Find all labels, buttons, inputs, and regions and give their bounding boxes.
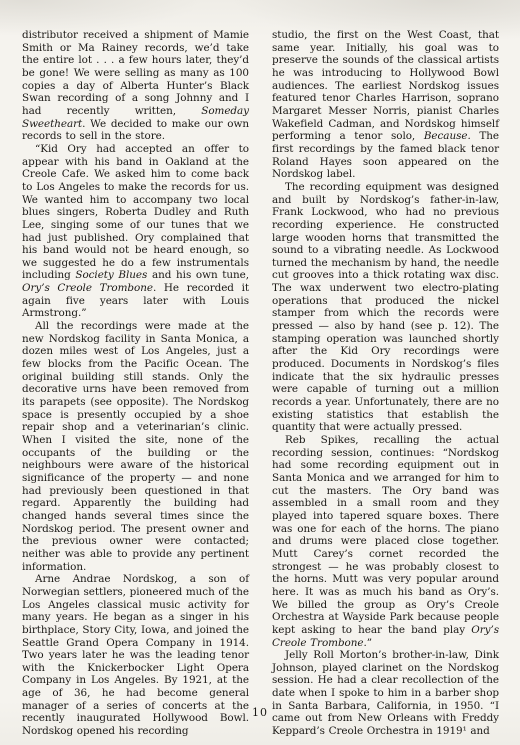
paragraph: distributor received a shipment of Mamie… [22, 29, 249, 143]
text-run: distributor received a shipment of Mamie… [22, 29, 249, 117]
paragraph: The recording equipment was designed and… [272, 181, 499, 434]
text-run: and his own tune, [147, 269, 249, 281]
paragraph: “Kid Ory had accepted an offer to appear… [22, 143, 249, 320]
text-columns: distributor received a shipment of Mamie… [0, 0, 520, 738]
text-run: studio, the first on the West Coast, tha… [272, 29, 499, 142]
book-page: distributor received a shipment of Mamie… [0, 0, 520, 745]
paragraph: Jelly Roll Morton’s brother-in-law, Dink… [272, 649, 499, 738]
paragraph: studio, the first on the West Coast, tha… [272, 29, 499, 181]
text-run: .” [364, 637, 373, 649]
paragraph: All the recordings were made at the new … [22, 320, 249, 573]
paragraph: Reb Spikes, recalling the actual recordi… [272, 434, 499, 649]
italic-text-run: Society Blues [75, 269, 147, 281]
text-run: Reb Spikes, recalling the actual recordi… [272, 434, 499, 636]
text-run: Jelly Roll Morton’s brother-in-law, Dink… [272, 649, 499, 737]
text-run: The recording equipment was designed and… [272, 181, 499, 433]
italic-text-run: Ory’s Creole Trombone [22, 282, 153, 294]
text-run: All the recordings were made at the new … [22, 320, 249, 572]
right-column: studio, the first on the West Coast, tha… [272, 29, 499, 738]
text-run: “Kid Ory had accepted an offer to appear… [22, 143, 249, 282]
page-number: 10 [0, 706, 520, 719]
left-column: distributor received a shipment of Mamie… [22, 29, 249, 738]
italic-text-run: Because [424, 130, 468, 142]
